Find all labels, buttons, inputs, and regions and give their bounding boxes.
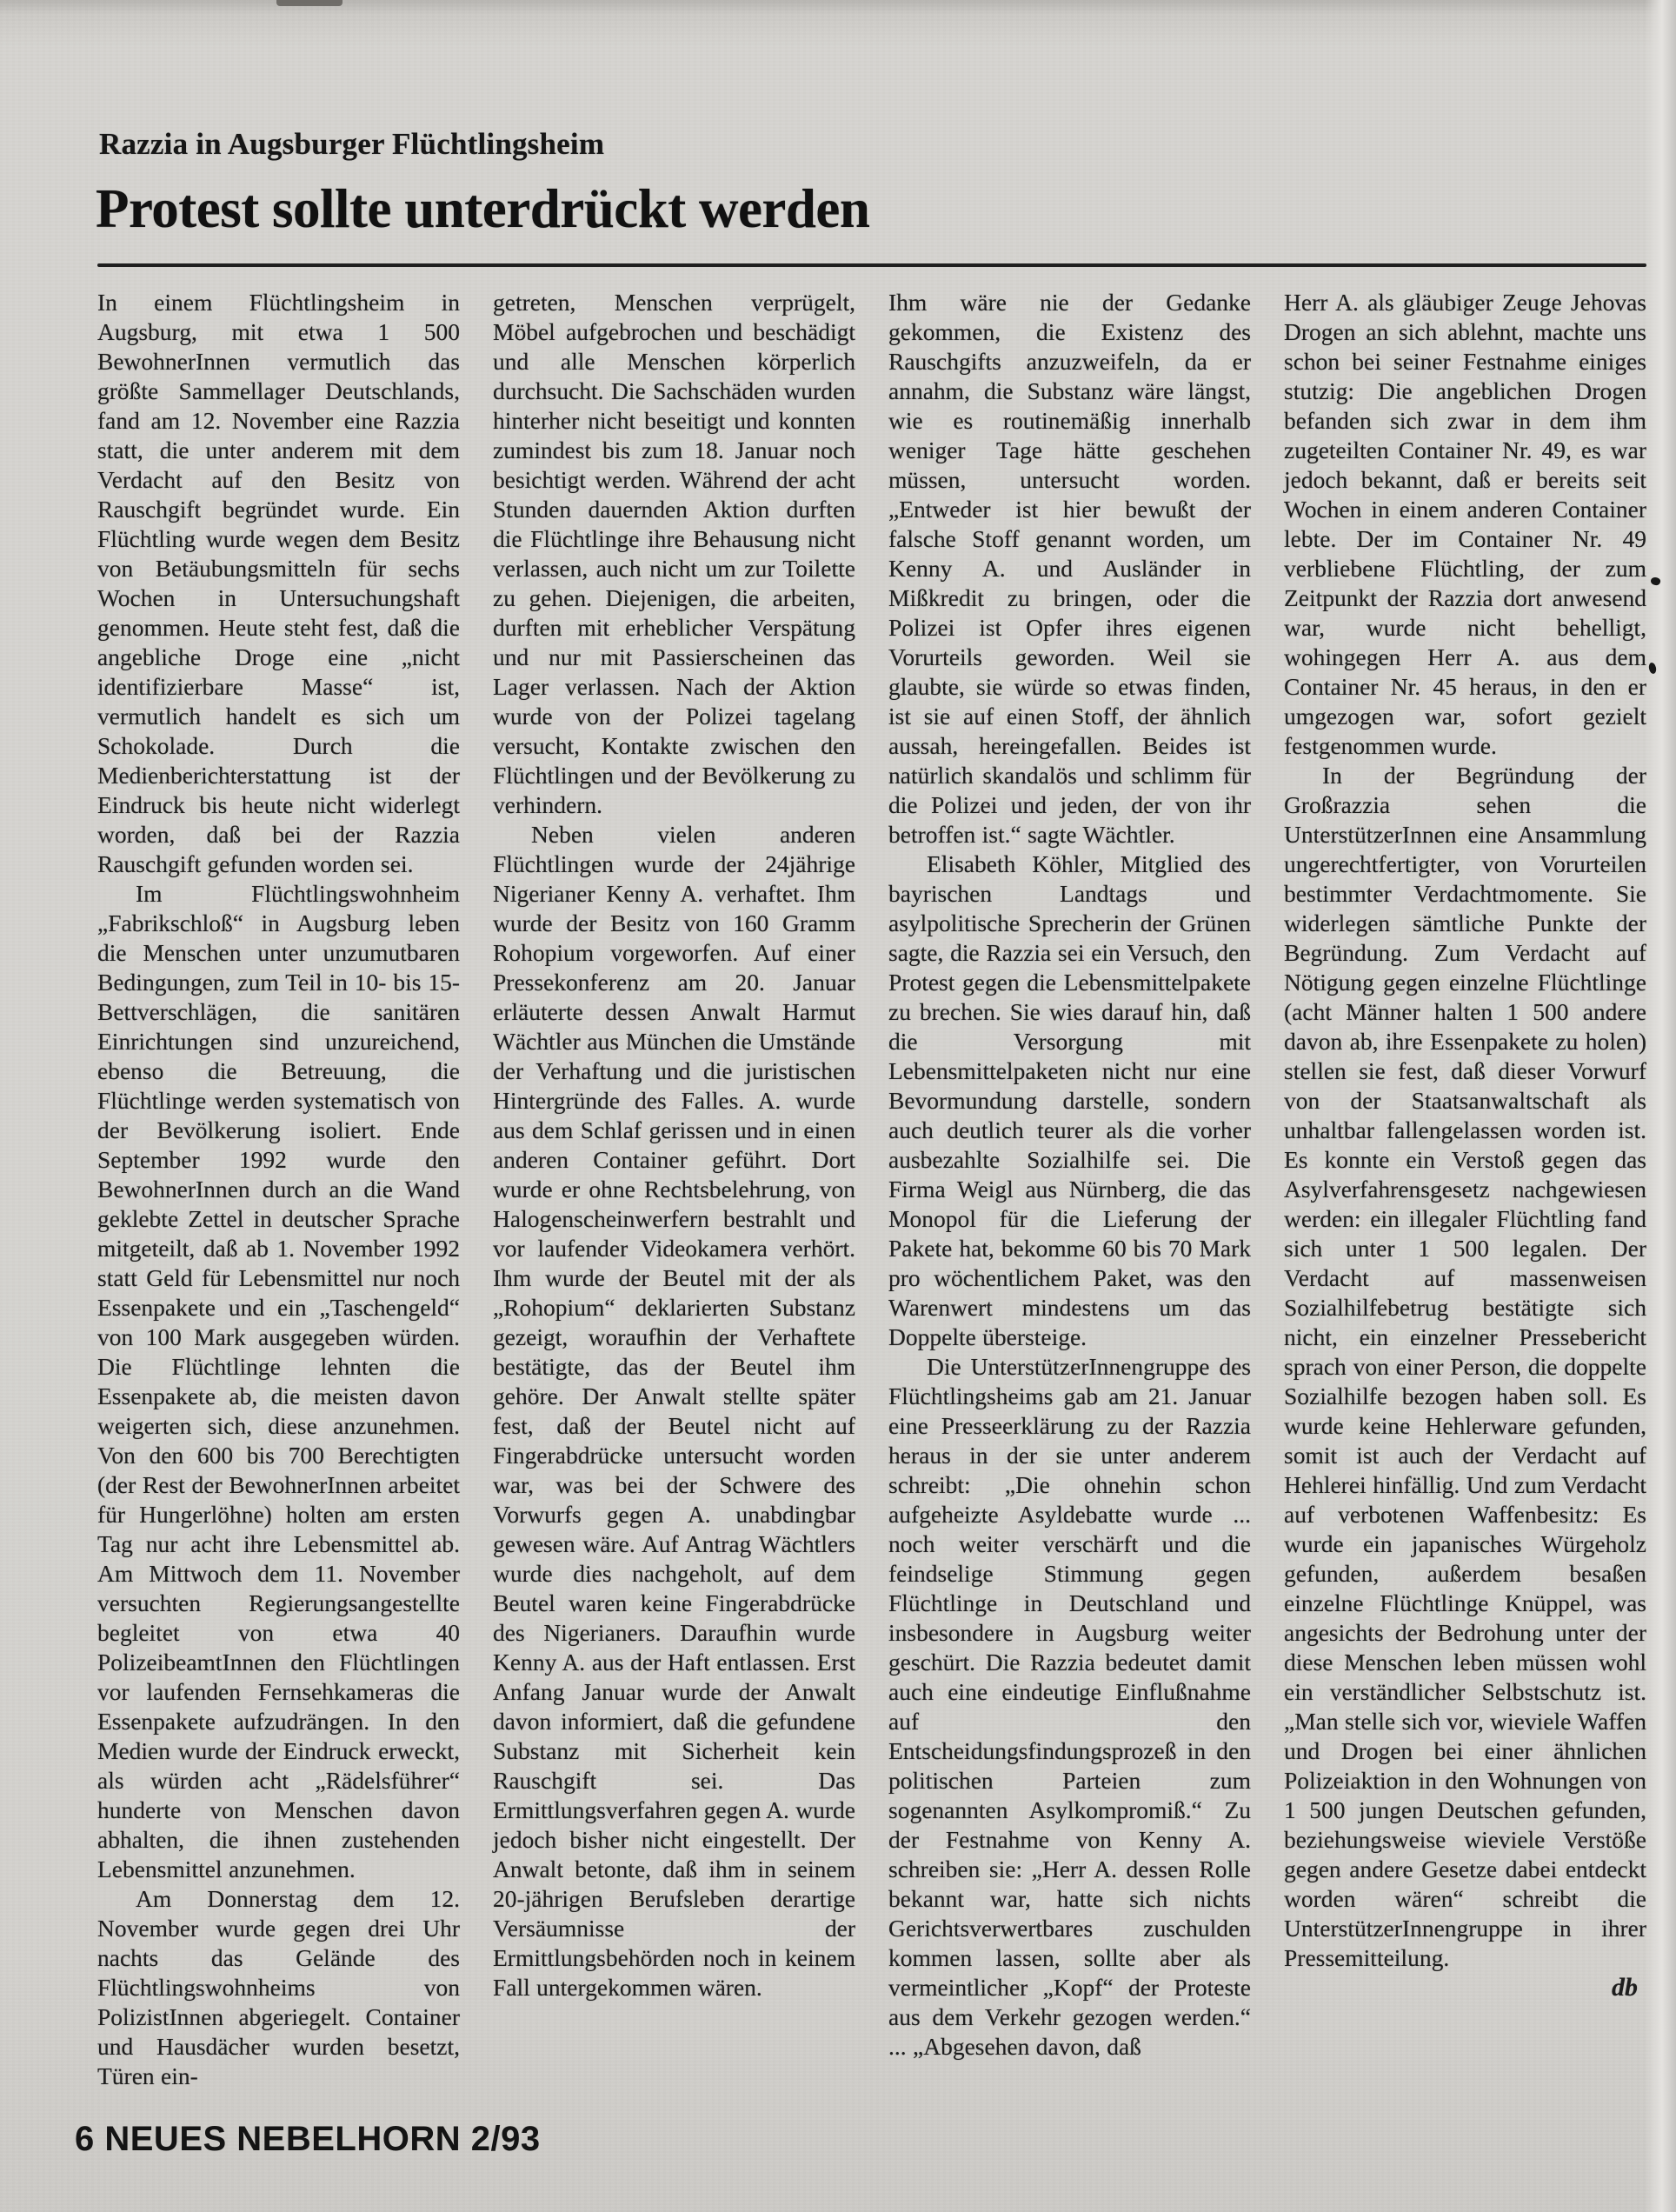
page-footer: 6 NEUES NEBELHORN 2/93 xyxy=(75,2120,541,2159)
text-column-1: In einem Flüchtlingsheim in Augsburg, mi… xyxy=(97,288,460,2092)
article-kicker: Razzia in Augsburger Flüchtlingsheim xyxy=(99,127,604,162)
paragraph: Im Flüchtlingswohnheim „Fabrikschloß“ in… xyxy=(97,879,460,1884)
headline-rule xyxy=(97,263,1646,267)
paragraph: Am Donnerstag dem 12. November wurde geg… xyxy=(97,1884,460,2091)
ink-speck xyxy=(1648,662,1658,674)
article-body: In einem Flüchtlingsheim in Augsburg, mi… xyxy=(97,288,1646,2092)
paragraph: Elisabeth Köhler, Mitglied des bayrische… xyxy=(888,849,1251,1352)
paragraph: getreten, Menschen verprügelt, Möbel auf… xyxy=(493,288,855,820)
paragraph: In einem Flüchtlingsheim in Augsburg, mi… xyxy=(97,288,460,879)
paragraph: Die UnterstützerInnengruppe des Flüchtli… xyxy=(888,1352,1251,2062)
paragraph: In der Begründung der Großrazzia sehen d… xyxy=(1284,761,1646,1973)
paragraph: Neben vielen anderen Flüchtlingen wurde … xyxy=(493,820,855,2002)
paragraph: Ihm wäre nie der Gedanke gekommen, die E… xyxy=(888,288,1251,849)
paragraph: Herr A. als gläubiger Zeuge Jehovas Drog… xyxy=(1284,288,1646,761)
scan-edge-shading xyxy=(1645,0,1676,2212)
text-column-3: Ihm wäre nie der Gedanke gekommen, die E… xyxy=(888,288,1251,2092)
text-column-2: getreten, Menschen verprügelt, Möbel auf… xyxy=(493,288,855,2092)
author-initials: db xyxy=(1284,1973,1646,2002)
ink-speck xyxy=(1650,576,1661,586)
magazine-page: Razzia in Augsburger Flüchtlingsheim Pro… xyxy=(0,0,1676,2212)
article-headline: Protest sollte unterdrückt werden xyxy=(96,177,869,241)
footer-text: 6 NEUES NEBELHORN 2/93 xyxy=(75,2120,541,2158)
text-column-4: Herr A. als gläubiger Zeuge Jehovas Drog… xyxy=(1284,288,1646,2092)
scan-artifact-top xyxy=(276,0,343,6)
